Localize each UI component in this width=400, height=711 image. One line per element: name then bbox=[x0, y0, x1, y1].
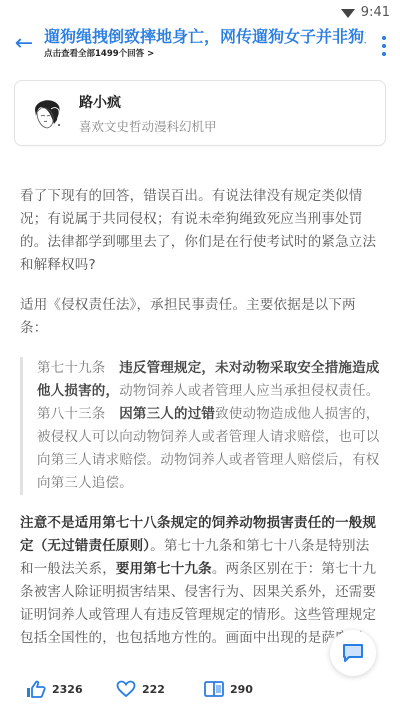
author-card[interactable]: 路小疯 喜欢文史哲动漫科幻机甲 bbox=[14, 80, 386, 146]
law-quote: 第七十九条 违反管理规定，未对动物采取安全措施造成他人损害的，动物饲养人或者管理… bbox=[20, 357, 380, 495]
question-title[interactable]: 遛狗绳拽倒致摔地身亡，网传遛狗女子并非狗主， bbox=[44, 26, 366, 48]
author-bio: 喜欢文史哲动漫科幻机甲 bbox=[79, 117, 217, 135]
clock: 9:41 bbox=[361, 5, 390, 20]
answer-content: 看了下现有的回答，错误百出。有说法律没有规定类似情况；有说属于共同侵权；有说未牵… bbox=[20, 185, 380, 667]
like-button[interactable]: 2326 bbox=[26, 680, 116, 698]
article-79: 第七十九条 违反管理规定，未对动物采取安全措施造成他人损害的，动物饲养人或者管理… bbox=[37, 357, 380, 403]
article-label: 第七十九条 bbox=[37, 360, 119, 376]
question-header[interactable]: 遛狗绳拽倒致摔地身亡，网传遛狗女子并非狗主， 点击查看全部1499个回答 > bbox=[44, 26, 366, 60]
answer-paragraph: 注意不是适用第七十八条规定的饲养动物损害责任的一般规定（无过错责任原则）。第七十… bbox=[20, 512, 380, 650]
favorite-count: 222 bbox=[142, 683, 165, 696]
article-label: 第八十三条 bbox=[37, 406, 119, 422]
article-text: 动物饲养人或者管理人应当承担侵权责任。 bbox=[119, 383, 379, 399]
wifi-icon bbox=[341, 9, 355, 18]
bottom-action-bar: 2326 222 290 bbox=[0, 667, 400, 711]
more-options-button[interactable] bbox=[380, 36, 388, 56]
bold-text: 要用第七十九条 bbox=[116, 561, 212, 577]
comments-book-icon bbox=[204, 681, 224, 697]
avatar-sketch-icon bbox=[27, 94, 65, 132]
answer-paragraph: 看了下现有的回答，错误百出。有说法律没有规定类似情况；有说属于共同侵权；有说未牵… bbox=[20, 185, 380, 277]
more-vert-icon-dot bbox=[382, 44, 386, 48]
chat-bubble-icon bbox=[342, 643, 364, 663]
more-vert-icon-dot bbox=[382, 52, 386, 56]
comment-button[interactable]: 290 bbox=[204, 681, 253, 697]
author-name[interactable]: 路小疯 bbox=[79, 92, 217, 112]
app-bar: ← 遛狗绳拽倒致摔地身亡，网传遛狗女子并非狗主， 点击查看全部1499个回答 > bbox=[0, 24, 400, 68]
avatar[interactable] bbox=[27, 94, 65, 132]
comment-fab-button[interactable] bbox=[330, 630, 376, 676]
more-vert-icon-dot bbox=[382, 36, 386, 40]
thumbs-up-icon bbox=[26, 680, 46, 698]
comment-count: 290 bbox=[230, 683, 253, 696]
heart-icon bbox=[116, 680, 136, 698]
arrow-left-icon: ← bbox=[15, 31, 33, 56]
like-count: 2326 bbox=[52, 683, 83, 696]
answer-paragraph: 适用《侵权责任法》，承担民事责任。主要依据是以下两条： bbox=[20, 294, 380, 340]
view-all-answers-link[interactable]: 点击查看全部1499个回答 > bbox=[44, 48, 366, 60]
article-83: 第八十三条 因第三人的过错致使动物造成他人损害的，被侵权人可以向动物饲养人或者管… bbox=[37, 403, 380, 495]
status-bar: 9:41 bbox=[0, 0, 400, 24]
favorite-button[interactable]: 222 bbox=[116, 680, 204, 698]
article-bold-text: 因第三人的过错 bbox=[119, 406, 215, 422]
back-button[interactable]: ← bbox=[12, 32, 36, 56]
author-info: 路小疯 喜欢文史哲动漫科幻机甲 bbox=[79, 92, 217, 135]
